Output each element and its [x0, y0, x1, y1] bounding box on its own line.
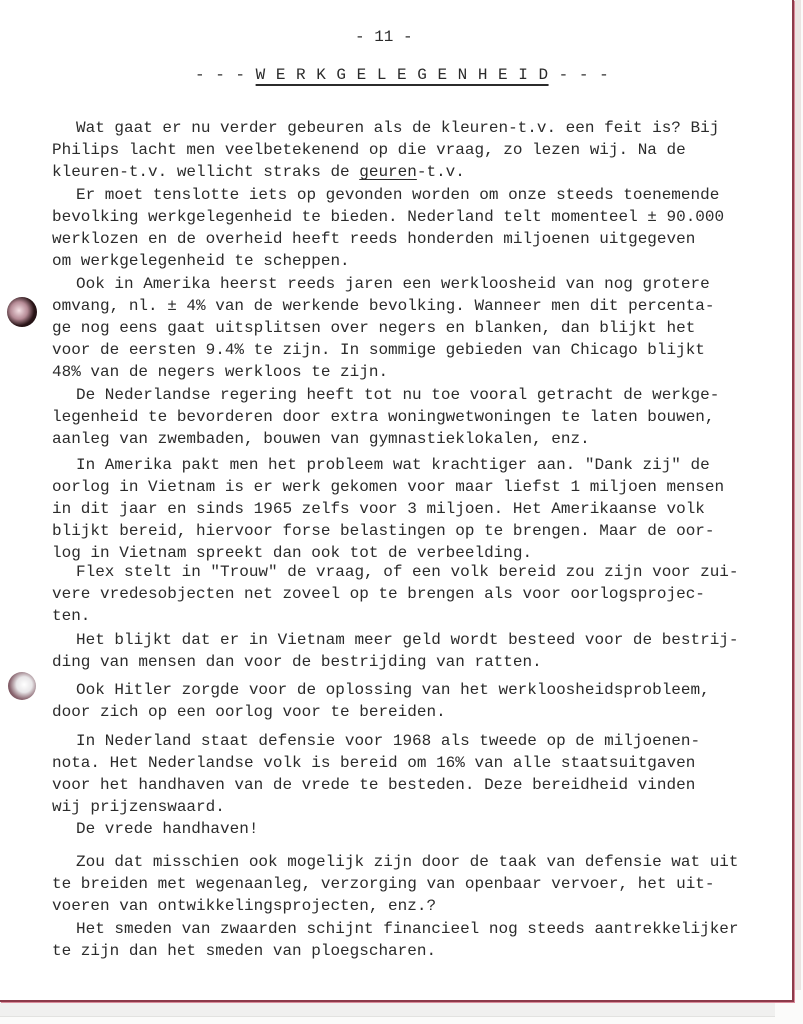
- text-line: De vrede handhaven!: [52, 818, 772, 840]
- text-fragment: kleuren-t.v. wellicht straks de: [52, 163, 359, 181]
- text-line: De Nederlandse regering heeft tot nu toe…: [52, 384, 772, 406]
- text-line: Zou dat misschien ook mogelijk zijn door…: [52, 851, 772, 873]
- text-line: wij prijzenswaard.: [52, 796, 772, 818]
- underlying-sheet: [0, 1002, 775, 1017]
- text-line: 48% van de negers werkloos te zijn.: [52, 361, 772, 383]
- paragraph: Flex stelt in "Trouw" de vraag, of een v…: [52, 561, 772, 627]
- paragraph: In Nederland staat defensie voor 1968 al…: [52, 730, 772, 818]
- paragraph: Ook Hitler zorgde voor de oplossing van …: [52, 679, 772, 723]
- paragraph: Zou dat misschien ook mogelijk zijn door…: [52, 851, 772, 917]
- text-line: bevolking werkgelegenheid te bieden. Ned…: [52, 206, 772, 228]
- underlined-word: geuren: [359, 163, 417, 181]
- paragraph: Wat gaat er nu verder gebeuren als de kl…: [52, 117, 772, 183]
- text-line: In Nederland staat defensie voor 1968 al…: [52, 730, 772, 752]
- text-line: omvang, nl. ± 4% van de werkende bevolki…: [52, 295, 772, 317]
- text-line: voor de eersten 9.4% te zijn. In sommige…: [52, 339, 772, 361]
- scanned-page: - 11 - - - - W E R K G E L E G E N H E I…: [0, 0, 803, 1024]
- text-line: Philips lacht men veelbetekenend op die …: [52, 139, 772, 161]
- page-edge-shadow: [793, 0, 801, 990]
- text-line: Het blijkt dat er in Vietnam meer geld w…: [52, 629, 772, 651]
- text-line: nota. Het Nederlandse volk is bereid om …: [52, 752, 772, 774]
- text-line: oorlog in Vietnam is er werk gekomen voo…: [52, 476, 772, 498]
- text-line: ding van mensen dan voor de bestrijding …: [52, 651, 772, 673]
- paragraph: De vrede handhaven!: [52, 818, 772, 840]
- paragraph: Het smeden van zwaarden schijnt financie…: [52, 918, 772, 962]
- page-number: - 11 -: [355, 28, 413, 46]
- text-line: vere vredesobjecten net zoveel op te bre…: [52, 583, 772, 605]
- text-line: Er moet tenslotte iets op gevonden worde…: [52, 184, 772, 206]
- title-text: W E R K G E L E G E N H E I D: [256, 66, 549, 84]
- text-line: blijkt bereid, hiervoor forse belastinge…: [52, 520, 772, 542]
- text-line: ten.: [52, 605, 772, 627]
- paragraph: Er moet tenslotte iets op gevonden worde…: [52, 184, 772, 272]
- title-prefix: - - -: [195, 66, 256, 84]
- text-line: Ook in Amerika heerst reeds jaren een we…: [52, 273, 772, 295]
- punch-hole-icon: [7, 297, 37, 327]
- text-line: te breiden met wegenaanleg, verzorging v…: [52, 873, 772, 895]
- text-line: te zijn dan het smeden van ploegscharen.: [52, 940, 772, 962]
- paragraph: De Nederlandse regering heeft tot nu toe…: [52, 384, 772, 450]
- paragraph: In Amerika pakt men het probleem wat kra…: [52, 454, 772, 564]
- text-line: Wat gaat er nu verder gebeuren als de kl…: [52, 117, 772, 139]
- text-line: werklozen en de overheid heeft reeds hon…: [52, 228, 772, 250]
- text-line: legenheid te bevorderen door extra wonin…: [52, 406, 772, 428]
- text-line: kleuren-t.v. wellicht straks de geuren-t…: [52, 161, 772, 183]
- text-line: door zich op een oorlog voor te bereiden…: [52, 701, 772, 723]
- text-line: aanleg van zwembaden, bouwen van gymnast…: [52, 428, 772, 450]
- text-line: ge nog eens gaat uitsplitsen over negers…: [52, 317, 772, 339]
- title-suffix: - - -: [549, 66, 610, 84]
- page-title: - - - W E R K G E L E G E N H E I D - - …: [195, 66, 609, 84]
- text-line: Het smeden van zwaarden schijnt financie…: [52, 918, 772, 940]
- text-fragment: -t.v.: [417, 163, 465, 181]
- text-line: voor het handhaven van de vrede te beste…: [52, 774, 772, 796]
- text-line: In Amerika pakt men het probleem wat kra…: [52, 454, 772, 476]
- text-line: om werkgelegenheid te scheppen.: [52, 250, 772, 272]
- text-line: Flex stelt in "Trouw" de vraag, of een v…: [52, 561, 772, 583]
- punch-hole-icon: [8, 672, 36, 700]
- text-line: Ook Hitler zorgde voor de oplossing van …: [52, 679, 772, 701]
- text-line: voeren van ontwikkelingsprojecten, enz.?: [52, 895, 772, 917]
- paragraph: Het blijkt dat er in Vietnam meer geld w…: [52, 629, 772, 673]
- text-line: in dit jaar en sinds 1965 zelfs voor 3 m…: [52, 498, 772, 520]
- paper-sheet: - 11 - - - - W E R K G E L E G E N H E I…: [0, 0, 794, 1002]
- paragraph: Ook in Amerika heerst reeds jaren een we…: [52, 273, 772, 383]
